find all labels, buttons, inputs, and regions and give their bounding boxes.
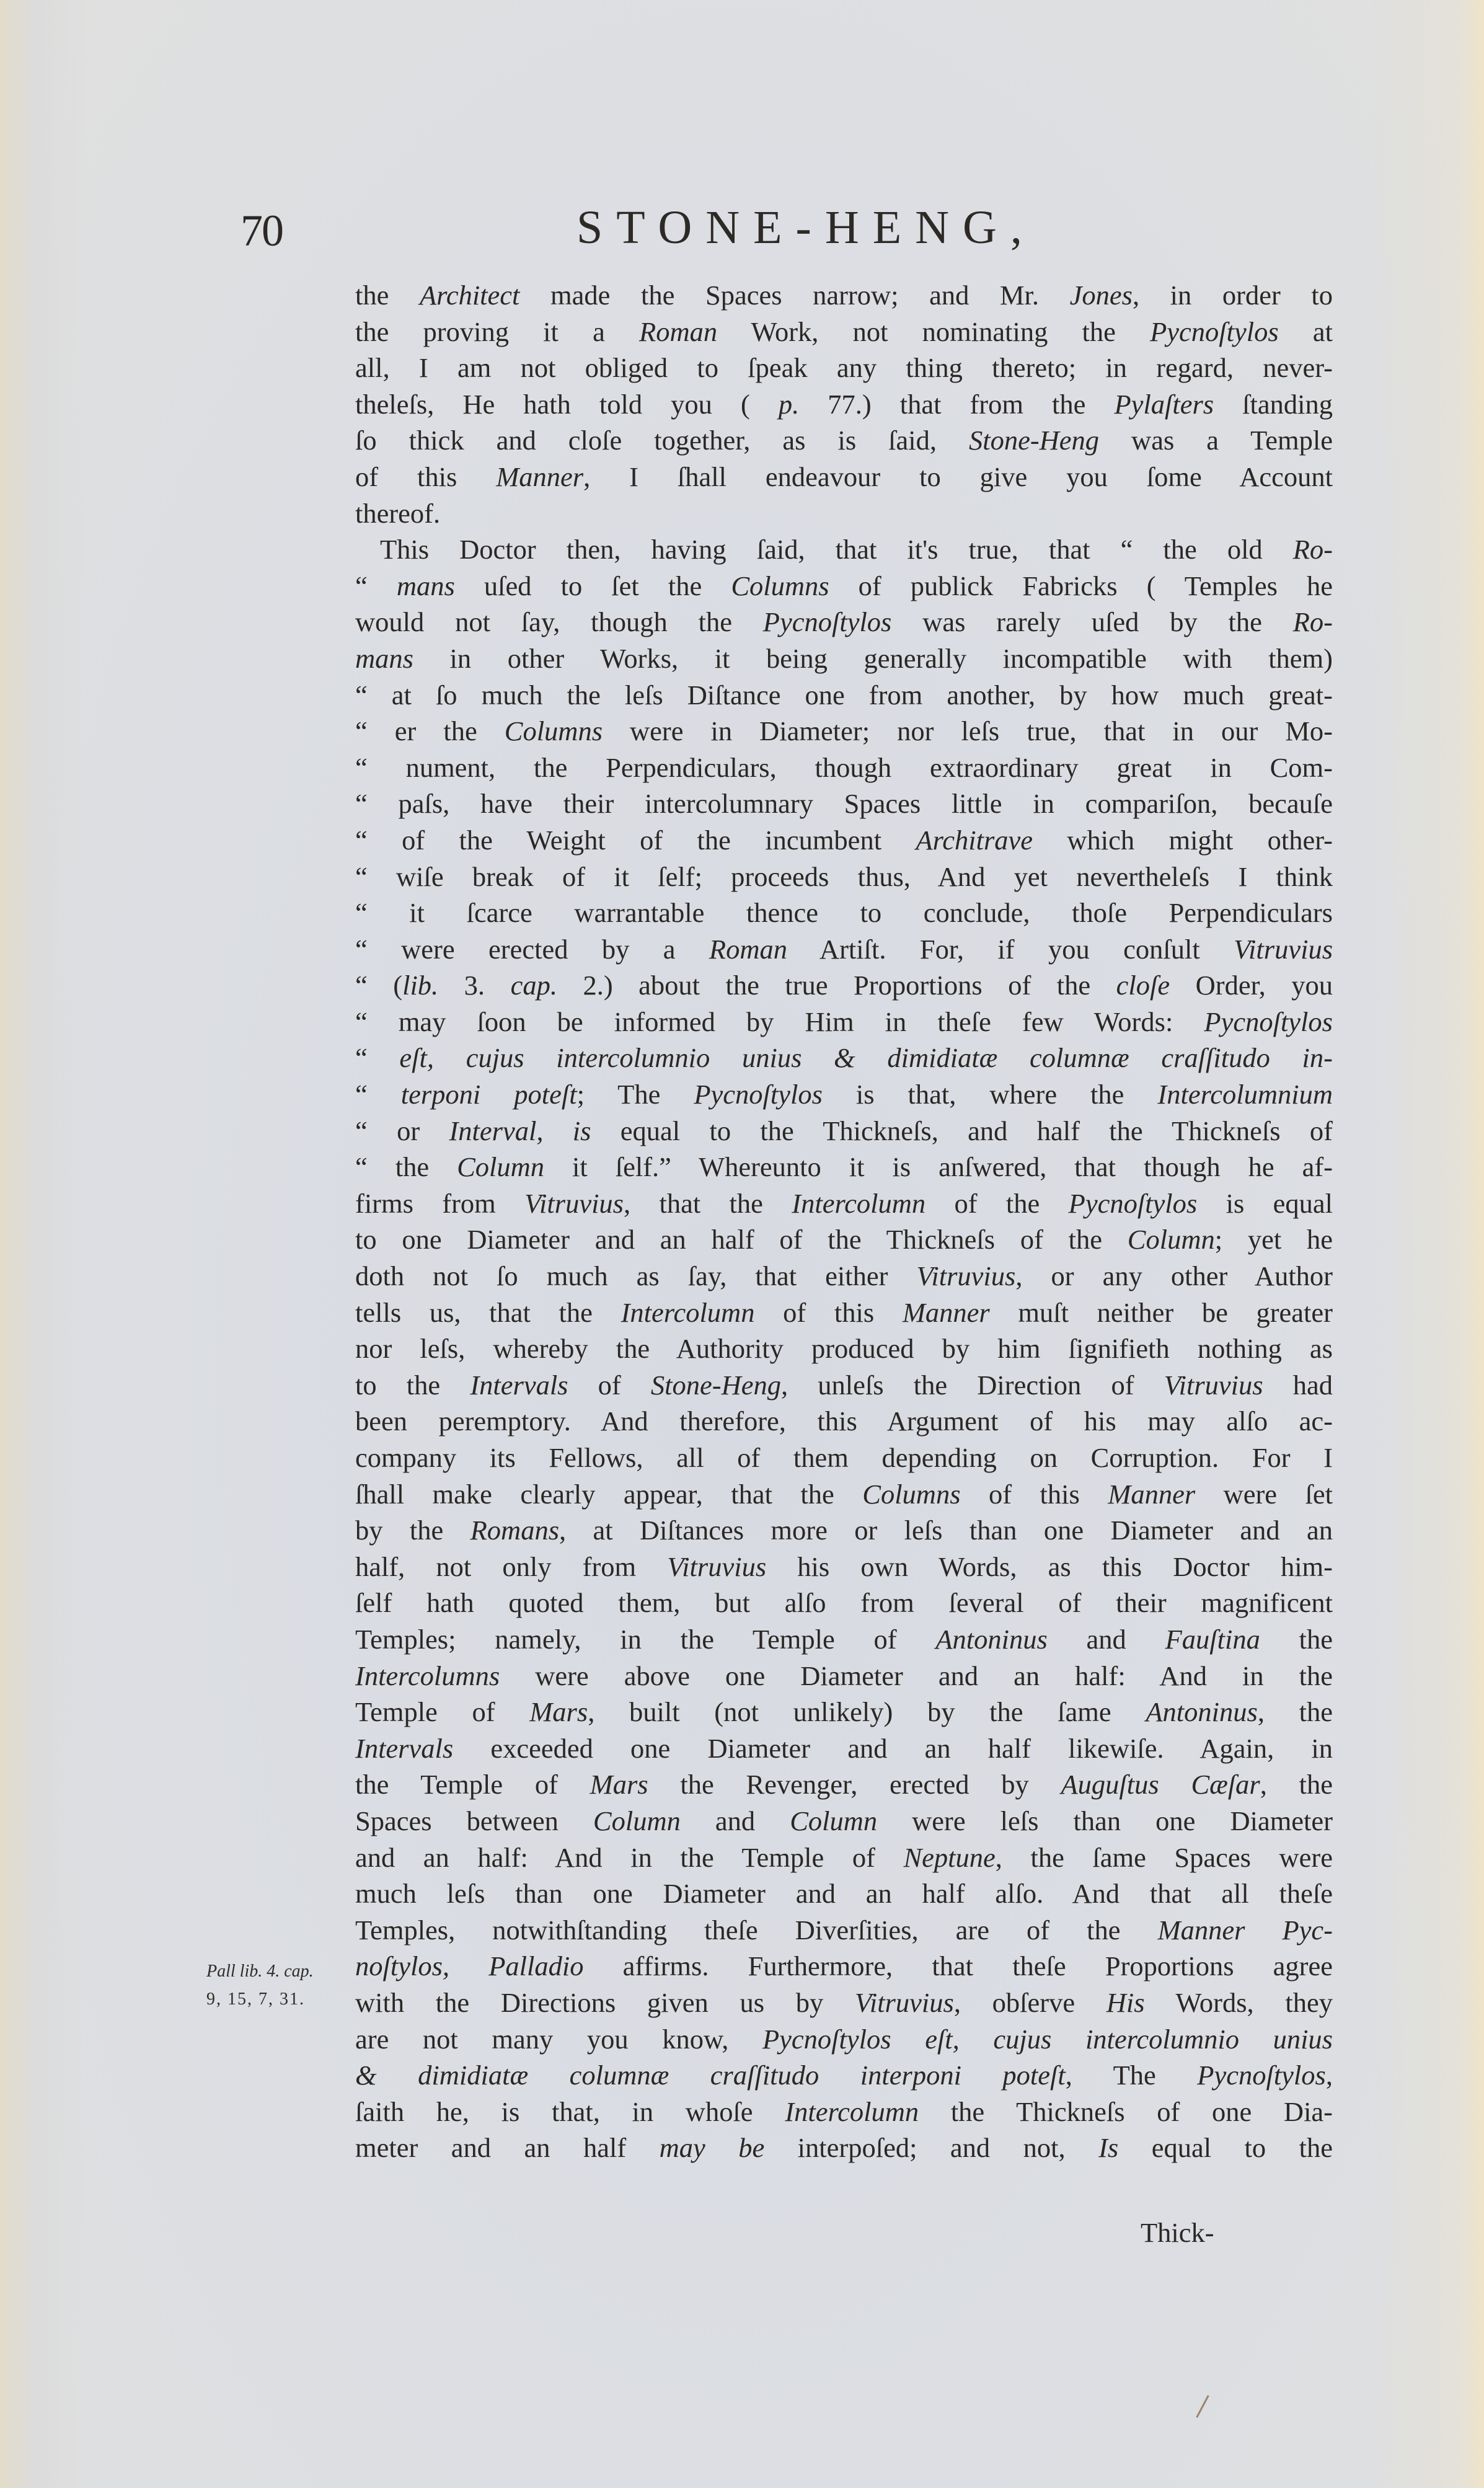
roman-run: , the ſame Spaces were [996, 1842, 1333, 1873]
roman-run: , obſerve [954, 1987, 1106, 2018]
roman-run: , the [1260, 1769, 1333, 1800]
italic-run: Vitruvius [855, 1987, 954, 2018]
italic-run: Intercolumnium [1157, 1079, 1333, 1110]
roman-run: meter and an half [355, 2132, 660, 2163]
roman-run: it ſelf.” Whereunto it is anſwered, that… [544, 1151, 1333, 1182]
roman-run: of publick Fabricks ( Temples he [829, 570, 1333, 601]
roman-run: the proving it a [355, 316, 639, 347]
italic-run: Pylaſters [1114, 389, 1214, 420]
roman-run: been peremptory. And therefore, this Arg… [355, 1406, 1333, 1437]
roman-run: theleſs, He hath told you ( [355, 389, 779, 420]
roman-run: and [681, 1805, 790, 1836]
text-line: the Architect made the Spaces narrow; an… [355, 277, 1333, 314]
roman-run: “ may ſoon be informed by Him in theſe f… [355, 1006, 1204, 1037]
roman-run: “ of the Weight of the incumbent [355, 825, 916, 856]
roman-run: , the [1258, 1696, 1333, 1727]
italic-run: Antoninus [1146, 1696, 1257, 1727]
roman-run: the [1260, 1624, 1333, 1655]
text-line: to one Diameter and an half of the Thick… [355, 1221, 1333, 1258]
roman-run: at [1279, 316, 1333, 347]
italic-run: Manner [1108, 1479, 1195, 1510]
roman-run: “ the [355, 1151, 457, 1182]
roman-run: Temple of [355, 1696, 529, 1727]
roman-run: Work, not nominating the [717, 316, 1150, 347]
roman-run: 3. [438, 970, 510, 1001]
italic-run: Ro- [1293, 534, 1333, 565]
roman-run: ; The [577, 1079, 694, 1110]
roman-run: uſed to ſet the [455, 570, 731, 601]
italic-run: Column [1128, 1224, 1215, 1255]
roman-run: “ it ſcarce warrantable thence to conclu… [355, 897, 1333, 928]
margin-note-line-2: 9, 15, 7, 31. [206, 1985, 337, 2013]
text-line: to the Intervals of Stone-Heng, unleſs t… [355, 1367, 1333, 1404]
italic-run: Stone-Heng [969, 425, 1099, 456]
roman-run: are not many you know, [355, 2024, 762, 2055]
italic-run: Intercolumns [355, 1660, 500, 1691]
italic-run: Intervals [355, 1733, 453, 1764]
roman-run: and an half: And in the Temple of [355, 1842, 903, 1873]
text-line: Temples, notwithſtanding theſe Diverſiti… [355, 1912, 1333, 1949]
italic-run: Manner [496, 461, 583, 492]
roman-run: of this [754, 1297, 902, 1328]
italic-run: Vitruvius [1234, 934, 1333, 965]
catchword: Thick- [1141, 2215, 1214, 2251]
roman-run: “ at ſo much the leſs Diſtance one from … [355, 680, 1333, 711]
italic-run: Ro- [1293, 606, 1333, 637]
italic-run: Architect [420, 280, 519, 311]
roman-run: , in order to [1133, 280, 1333, 311]
roman-run: , or any other Author [1015, 1260, 1333, 1291]
roman-run: ſo thick and cloſe together, as is ſaid, [355, 425, 969, 456]
text-line: mans in other Works, it being generally … [355, 640, 1333, 677]
italic-run: Interval, is [449, 1115, 591, 1146]
roman-run: This Doctor then, having ſaid, that it's… [380, 534, 1293, 565]
roman-run: firms from [355, 1188, 524, 1219]
text-line: much leſs than one Diameter and an half … [355, 1875, 1333, 1912]
italic-run: Pycnoſtylos [1069, 1188, 1198, 1219]
roman-run: half, not only from [355, 1551, 667, 1582]
italic-run: Column [593, 1805, 681, 1836]
page-number: 70 [241, 206, 283, 255]
roman-run: Spaces between [355, 1805, 593, 1836]
text-line: company its Fellows, all of them dependi… [355, 1440, 1333, 1476]
italic-run: Columns [505, 715, 603, 746]
roman-run: , I ſhall endeavour to give you ſome Acc… [583, 461, 1333, 492]
italic-run: Intercolumn [621, 1297, 755, 1328]
roman-run: all, I am not obliged to ſpeak any thing… [355, 352, 1333, 383]
roman-run: was a Temple [1099, 425, 1333, 456]
italic-run: cloſe [1116, 970, 1170, 1001]
roman-run: “ wiſe break of it ſelf; proceeds thus, … [355, 861, 1333, 892]
italic-run: Roman [709, 934, 787, 965]
italic-run: Antoninus [935, 1624, 1047, 1655]
text-line: This Doctor then, having ſaid, that it's… [355, 531, 1333, 568]
roman-run: tells us, that the [355, 1297, 621, 1328]
roman-run: “ nument, the Perpendiculars, though ext… [355, 752, 1333, 783]
roman-run: would not ſay, though the [355, 606, 763, 637]
roman-run: Temples, notwithſtanding theſe Diverſiti… [355, 1915, 1158, 1946]
roman-run: ſelf hath quoted them, but alſo from ſev… [355, 1587, 1333, 1618]
italic-run: Pycnoſtylos [694, 1079, 823, 1110]
roman-run: were above one Diameter and an half: And… [500, 1660, 1333, 1691]
text-line: “ were erected by a Roman Artiſt. For, i… [355, 931, 1333, 968]
italic-run: noſtylos, Palladio [355, 1950, 583, 1981]
roman-run: “ or [355, 1115, 449, 1146]
roman-run: is equal [1197, 1188, 1333, 1219]
text-line: and an half: And in the Temple of Neptun… [355, 1839, 1333, 1876]
roman-run: “ [355, 570, 397, 601]
book-page: 70 STONE-HENG, the Architect made the Sp… [0, 0, 1484, 2488]
italic-run: may be [660, 2132, 765, 2163]
roman-run: the [355, 280, 420, 311]
text-line: meter and an half may be interpoſed; and… [355, 2130, 1333, 2166]
text-line: “ or Interval, is equal to the Thickneſs… [355, 1113, 1333, 1149]
italic-run: mans [355, 643, 413, 674]
roman-run: “ [355, 1042, 399, 1073]
text-line: & dimidiatæ columnæ craſſitudo interponi… [355, 2057, 1333, 2094]
text-line: Temples; namely, in the Temple of Antoni… [355, 1621, 1333, 1658]
roman-run: thereof. [355, 498, 440, 529]
roman-run: his own Words, as this Doctor him- [766, 1551, 1333, 1582]
text-line: “ eſt, cujus intercolumnio unius & dimid… [355, 1040, 1333, 1076]
text-line: the Temple of Mars the Revenger, erected… [355, 1766, 1333, 1803]
roman-run: which might other- [1033, 825, 1333, 856]
roman-run: nor leſs, whereby the Authority produced… [355, 1333, 1333, 1364]
text-line: Temple of Mars, built (not unlikely) by … [355, 1694, 1333, 1730]
italic-run: Mars [590, 1769, 648, 1800]
text-line: “ nument, the Perpendiculars, though ext… [355, 750, 1333, 786]
text-line: ſaith he, is that, in whoſe Intercolumn … [355, 2094, 1333, 2130]
italic-run: Stone-Heng [651, 1370, 781, 1401]
roman-run: , that the [624, 1188, 792, 1219]
text-line: ſelf hath quoted them, but alſo from ſev… [355, 1585, 1333, 1621]
text-line: Spaces between Column and Column were le… [355, 1803, 1333, 1839]
roman-run: , The [1066, 2060, 1197, 2091]
text-line: nor leſs, whereby the Authority produced… [355, 1330, 1333, 1367]
text-line: “ of the Weight of the incumbent Architr… [355, 822, 1333, 859]
roman-run: interpoſed; and not, [764, 2132, 1098, 2163]
italic-run: Auguſtus Cæſar [1061, 1769, 1260, 1800]
italic-run: Pycnoſtylos eſt, cujus intercolumnio uni… [762, 2024, 1333, 2055]
running-head-title: STONE-HENG, [576, 200, 1134, 255]
italic-run: Mars [529, 1696, 588, 1727]
margin-note-citation: Pall lib. 4. cap. 9, 15, 7, 31. [206, 1957, 337, 2013]
text-line: “ paſs, have their intercolumnary Spaces… [355, 786, 1333, 822]
roman-run: is that, where the [823, 1079, 1157, 1110]
roman-run: Temples; namely, in the Temple of [355, 1624, 935, 1655]
roman-run: equal to the [1118, 2132, 1333, 2163]
text-line: “ mans uſed to ſet the Columns of public… [355, 568, 1333, 604]
roman-run: Order, you [1170, 970, 1333, 1001]
italic-run: Intercolumn [792, 1188, 925, 1219]
text-line: the proving it a Roman Work, not nominat… [355, 314, 1333, 350]
roman-run: 2.) about the true Proportions of the [557, 970, 1116, 1001]
italic-run: Pycnoſtylos [1197, 2060, 1326, 2091]
text-line: ſhall make clearly appear, that the Colu… [355, 1476, 1333, 1513]
roman-run: made the Spaces narrow; and Mr. [519, 280, 1069, 311]
italic-run: Column [790, 1805, 877, 1836]
italic-run: Intercolumn [785, 2096, 919, 2127]
roman-run: , built (not unlikely) by the ſame [588, 1696, 1146, 1727]
roman-run: “ ( [355, 970, 402, 1001]
roman-run: , unleſs the Direction of [781, 1370, 1164, 1401]
roman-run: was rarely uſed by the [891, 606, 1292, 637]
text-line: are not many you know, Pycnoſtylos eſt, … [355, 2021, 1333, 2058]
italic-run: Romans [470, 1515, 559, 1546]
roman-run: of this [355, 461, 496, 492]
roman-run: to one Diameter and an half of the Thick… [355, 1224, 1128, 1255]
text-line: Intervals exceeded one Diameter and an h… [355, 1730, 1333, 1767]
roman-run: to the [355, 1370, 470, 1401]
text-line: doth not ſo much as ſay, that either Vit… [355, 1258, 1333, 1295]
roman-run: muſt neither be greater [990, 1297, 1333, 1328]
text-line: “ terponi poteſt; The Pycnoſtylos is tha… [355, 1076, 1333, 1113]
roman-run: “ er the [355, 715, 505, 746]
text-line: “ (lib. 3. cap. 2.) about the true Propo… [355, 967, 1333, 1004]
roman-run: “ paſs, have their intercolumnary Spaces… [355, 788, 1333, 819]
italic-run: His [1106, 1987, 1145, 2018]
text-line: “ it ſcarce warrantable thence to conclu… [355, 895, 1333, 931]
text-line: half, not only from Vitruvius his own Wo… [355, 1549, 1333, 1585]
text-line: “ at ſo much the leſs Diſtance one from … [355, 677, 1333, 714]
italic-run: & dimidiatæ columnæ craſſitudo interponi… [355, 2060, 1066, 2091]
text-line: would not ſay, though the Pycnoſtylos wa… [355, 604, 1333, 640]
roman-run: of this [961, 1479, 1108, 1510]
italic-run: Architrave [916, 825, 1033, 856]
text-line: with the Directions given us by Vitruviu… [355, 1985, 1333, 2021]
italic-run: Is [1098, 2132, 1118, 2163]
roman-run: of the [925, 1188, 1069, 1219]
text-line: “ may ſoon be informed by Him in theſe f… [355, 1004, 1333, 1040]
roman-run: of [568, 1370, 651, 1401]
roman-run: ſtanding [1214, 389, 1333, 420]
roman-run: ſhall make clearly appear, that the [355, 1479, 862, 1510]
italic-run: Vitruvius [667, 1551, 766, 1582]
italic-run: Pycnoſtylos [1150, 316, 1279, 347]
text-line: theleſs, He hath told you ( p. 77.) that… [355, 386, 1333, 423]
text-line: “ wiſe break of it ſelf; proceeds thus, … [355, 859, 1333, 895]
roman-run: were in Diameter; nor leſs true, that in… [603, 715, 1333, 746]
italic-run: Vitruvius [1164, 1370, 1263, 1401]
roman-run: , [1326, 2060, 1333, 2091]
roman-run: ; yet he [1215, 1224, 1333, 1255]
italic-run: Intervals [470, 1370, 568, 1401]
italic-run: lib. [402, 970, 438, 1001]
italic-run: Neptune [903, 1842, 995, 1873]
text-line: thereof. [355, 495, 1333, 532]
roman-run: by the [355, 1515, 470, 1546]
roman-run: in other Works, it being generally incom… [413, 643, 1333, 674]
italic-run: eſt, cujus intercolumnio unius & dimidia… [399, 1042, 1333, 1073]
roman-run: doth not ſo much as ſay, that either [355, 1260, 916, 1291]
text-line: Intercolumns were above one Diameter and… [355, 1658, 1333, 1694]
roman-run: were leſs than one Diameter [877, 1805, 1333, 1836]
italic-run: Columns [731, 570, 829, 601]
italic-run: Pycnoſtylos [763, 606, 892, 637]
italic-run: Vitruvius [916, 1260, 1015, 1291]
roman-run: were ſet [1195, 1479, 1333, 1510]
italic-run: Vitruvius [524, 1188, 624, 1219]
italic-run: Manner Pyc- [1158, 1915, 1333, 1946]
roman-run: much leſs than one Diameter and an half … [355, 1878, 1333, 1909]
roman-run: , at Diſtances more or leſs than one Dia… [559, 1515, 1333, 1546]
roman-run: equal to the Thickneſs, and half the Thi… [591, 1115, 1333, 1146]
text-line: “ er the Columns were in Diameter; nor l… [355, 713, 1333, 750]
italic-run: Column [457, 1151, 544, 1182]
roman-run: the Revenger, erected by [648, 1769, 1061, 1800]
text-line: “ the Column it ſelf.” Whereunto it is a… [355, 1149, 1333, 1185]
italic-run: Jones [1070, 280, 1133, 311]
roman-run: exceeded one Diameter and an half likewi… [453, 1733, 1333, 1764]
italic-run: cap. [511, 970, 557, 1001]
roman-run: the Temple of [355, 1769, 590, 1800]
roman-run: the Thickneſs of one Dia- [919, 2096, 1333, 2127]
roman-run: with the Directions given us by [355, 1987, 855, 2018]
text-line: tells us, that the Intercolumn of this M… [355, 1295, 1333, 1331]
roman-run: “ were erected by a [355, 934, 709, 965]
paper-fiber-mark [1196, 2395, 1209, 2418]
roman-run: 77.) that from the [799, 389, 1114, 420]
roman-run: had [1263, 1370, 1333, 1401]
italic-run: Columns [862, 1479, 960, 1510]
roman-run: company its Fellows, all of them dependi… [355, 1442, 1333, 1473]
text-line: noſtylos, Palladio affirms. Furthermore,… [355, 1948, 1333, 1985]
roman-run: affirms. Furthermore, that theſe Proport… [583, 1950, 1333, 1981]
italic-run: p. [779, 389, 799, 420]
text-line: been peremptory. And therefore, this Arg… [355, 1403, 1333, 1440]
roman-run: and [1048, 1624, 1165, 1655]
italic-run: terponi poteſt [401, 1079, 577, 1110]
margin-note-line-1: Pall lib. 4. cap. [206, 1957, 337, 1985]
roman-run: Words, they [1145, 1987, 1333, 2018]
italic-run: Manner [903, 1297, 990, 1328]
roman-run: ſaith he, is that, in whoſe [355, 2096, 785, 2127]
italic-run: mans [397, 570, 455, 601]
text-line: by the Romans, at Diſtances more or leſs… [355, 1512, 1333, 1549]
text-line: of this Manner, I ſhall endeavour to giv… [355, 459, 1333, 495]
text-line: firms from Vitruvius, that the Intercolu… [355, 1185, 1333, 1222]
roman-run: “ [355, 1079, 401, 1110]
italic-run: Fauſtina [1165, 1624, 1260, 1655]
roman-run: Artiſt. For, if you conſult [787, 934, 1234, 965]
text-line: ſo thick and cloſe together, as is ſaid,… [355, 422, 1333, 459]
body-text-column: the Architect made the Spaces narrow; an… [355, 277, 1333, 2166]
text-line: all, I am not obliged to ſpeak any thing… [355, 350, 1333, 386]
italic-run: Roman [639, 316, 717, 347]
italic-run: Pycnoſtylos [1204, 1006, 1333, 1037]
